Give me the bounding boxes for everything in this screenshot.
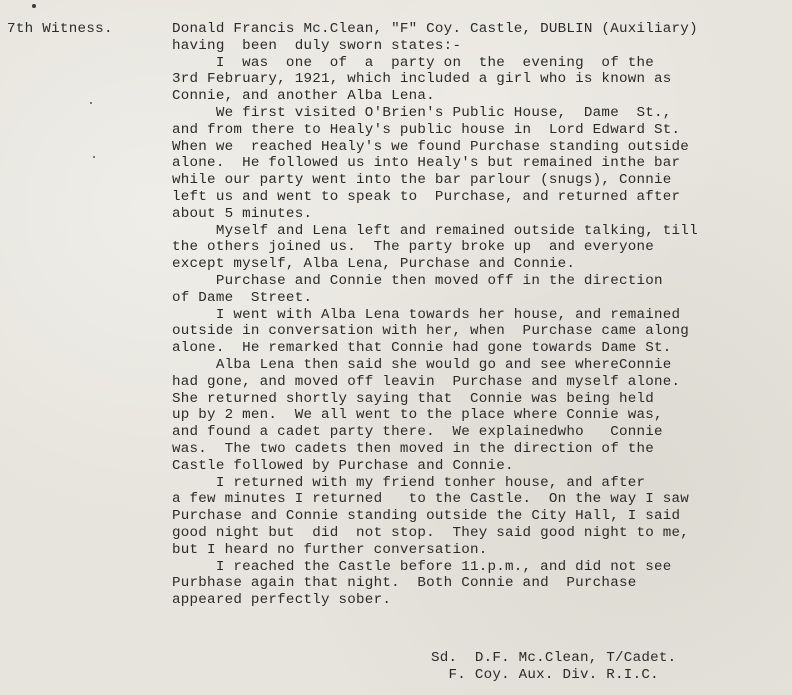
statement-line: She returned shortly saying that Connie … [172,391,792,408]
ink-speck [90,102,92,104]
signature-line: F. Coy. Aux. Div. R.I.C. [431,667,676,684]
statement-line: except myself, Alba Lena, Purchase and C… [172,256,792,273]
statement-line: Purchase and Connie then moved off in th… [172,273,792,290]
statement-line: We first visited O'Brien's Public House,… [172,105,792,122]
statement-line: I went with Alba Lena towards her house,… [172,307,792,324]
statement-line: good night but did not stop. They said g… [172,525,792,542]
signature-line: Sd. D.F. Mc.Clean, T/Cadet. [431,650,676,667]
statement-line: of Dame Street. [172,290,792,307]
statement-line: up by 2 men. We all went to the place wh… [172,407,792,424]
statement-line: Donald Francis Mc.Clean, "F" Coy. Castle… [172,21,792,38]
statement-line: Myself and Lena left and remained outsid… [172,223,792,240]
statement-line: I returned with my friend tonher house, … [172,475,792,492]
statement-line: Connie, and another Alba Lena. [172,88,792,105]
statement-line: but I heard no further conversation. [172,542,792,559]
witness-label: 7th Witness. [7,21,113,37]
statement-body: Donald Francis Mc.Clean, "F" Coy. Castle… [172,21,792,609]
statement-line: about 5 minutes. [172,206,792,223]
statement-line: having been duly sworn states:- [172,38,792,55]
statement-line: I was one of a party on the evening of t… [172,55,792,72]
statement-line: Purchase and Connie standing outside the… [172,508,792,525]
statement-line: had gone, and moved off leavin Purchase … [172,374,792,391]
statement-line: a few minutes I returned to the Castle. … [172,491,792,508]
statement-line: the others joined us. The party broke up… [172,239,792,256]
statement-line: left us and went to speak to Purchase, a… [172,189,792,206]
statement-line: outside in conversation with her, when P… [172,323,792,340]
statement-line: and from there to Healy's public house i… [172,122,792,139]
typewritten-statement-page: 7th Witness. Donald Francis Mc.Clean, "F… [0,0,792,695]
statement-line: and found a cadet party there. We explai… [172,424,792,441]
statement-line: Purbhase again that night. Both Connie a… [172,575,792,592]
ink-speck [93,156,95,158]
signature-block: Sd. D.F. Mc.Clean, T/Cadet. F. Coy. Aux.… [431,650,676,684]
statement-line: alone. He remarked that Connie had gone … [172,340,792,357]
statement-line: When we reached Healy's we found Purchas… [172,139,792,156]
statement-line: 3rd February, 1921, which included a gir… [172,71,792,88]
statement-line: while our party went into the bar parlou… [172,172,792,189]
ink-speck [32,4,36,8]
statement-line: Alba Lena then said she would go and see… [172,357,792,374]
statement-line: Castle followed by Purchase and Connie. [172,458,792,475]
statement-line: appeared perfectly sober. [172,592,792,609]
statement-line: alone. He followed us into Healy's but r… [172,155,792,172]
statement-line: was. The two cadets then moved in the di… [172,441,792,458]
statement-line: I reached the Castle before 11.p.m., and… [172,559,792,576]
